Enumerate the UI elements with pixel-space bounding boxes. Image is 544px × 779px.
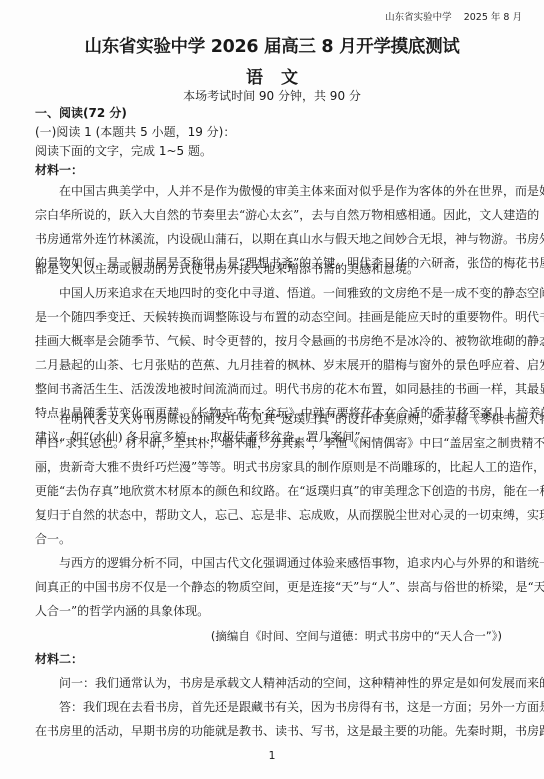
- material2-line: 答：我们现在去看书房，首先还是跟藏书有关，因为书房得有书，这是一方面；另外一方面…: [59, 700, 505, 714]
- material1-label: 材料一：: [35, 163, 83, 177]
- page-number: 1: [0, 749, 544, 762]
- subject-title: 语文: [0, 63, 544, 88]
- material1-line: 更能“去伪存真”地欣赏木材原本的颜色和纹路。在“返璞归真”的审美理念下创造的书房…: [35, 484, 505, 498]
- material1-line: 丽，贵新奇大雅不贵纤巧烂漫”等等。明式书房家具的制作原则是不尚雕琢的，比起人工的…: [35, 460, 505, 474]
- material2-line: 问一：我们通常认为，书房是承载文人精神活动的空间，这种精神性的界定是如何发展而来…: [59, 676, 544, 690]
- material1-line: 人合一”的哲学内涵的具象体现。: [35, 604, 209, 618]
- material1-line: 在明代各文人对书房陈设的阐发中可见其“返璞归真”的设计审美原则，如李翰《琴棋书画…: [59, 412, 505, 426]
- header-date: 2025 年 8 月: [464, 12, 522, 23]
- material1-line: 都是文人以主动或被动的方式使书房外接天地来增添书斋的美感和意境。: [35, 262, 419, 276]
- material1-line: 复归于自然的状态中，帮助文人，忘己、忘是非、忘成败，从而摆脱尘世对心灵的一切束缚…: [35, 508, 505, 522]
- material1-line: 二月悬起的山茶、七月张贴的芭蕉、九月挂着的枫林、岁末展开的腊梅与窗外的景色呼应着…: [35, 358, 505, 372]
- exam-page: 山东省实验中学 2025 年 8 月 山东省实验中学 2026 届高三 8 月开…: [0, 0, 544, 779]
- material2-label: 材料二：: [35, 652, 83, 666]
- exam-info: 本场考试时间 90 分钟，共 90 分: [0, 87, 544, 104]
- material1-line: 整间书斋活生生、活泼泼地被时间流淌而过。明代书房的花木布置，如同悬挂的书画一样，…: [35, 382, 505, 396]
- instruction: 阅读下面的文字，完成 1~5 题。: [35, 144, 212, 158]
- material1-line: 宗白华所说的，跃入大自然的节奏里去“游心太玄”，去与自然万物相感相通。因此，文人…: [35, 208, 505, 222]
- material1-line: 书房通常外连竹林溪流，内设砚山蒲石，以期在真山水与假天地之间妙合无垠，神与物游。…: [35, 232, 505, 246]
- material1-line: 是一个随四季变迁、天候转换而调整陈设与布置的动态空间。挂画是能应天时的重要物件。…: [35, 310, 505, 324]
- material1-line: 与西方的逻辑分析不同，中国古代文化强调通过体验来感悟事物，追求内心与外界的和谐统…: [59, 556, 505, 570]
- material1-source: (摘编自《时间、空间与道德：明式书房中的“天人合一”》): [211, 628, 502, 644]
- material1-line: 合一。: [35, 532, 71, 546]
- section-heading: 一、阅读(72 分): [35, 106, 127, 120]
- material1-line: 中曰“求其志也。材不斫，全其朴；墙不雕，分其素”，李渔《闲情偶寄》中曰“盖居室之…: [35, 436, 505, 450]
- material1-line: 挂画大概率是会随季节、气候、时令更替的，按月令悬画的书房绝不是冰冷的、被物欲堆砌…: [35, 334, 505, 348]
- material1-line: 中国人历来追求在天地四时的变化中寻道、悟道。一间雅致的文房绝不是一成不变的静态空…: [59, 286, 505, 300]
- material1-line: 在中国古典美学中，人并不是作为傲慢的审美主体来面对似乎是作为客体的外在世界，而是…: [59, 184, 505, 198]
- sub-heading: (一)阅读 1 (本题共 5 小题，19 分)：: [35, 125, 235, 139]
- material1-line: 间真正的中国书房不仅是一个静态的物质空间，更是连接“天”与“人”、崇高与俗世的桥…: [35, 580, 505, 594]
- header-school: 山东省实验中学: [385, 12, 452, 23]
- page-header: 山东省实验中学 2025 年 8 月: [385, 9, 522, 23]
- exam-title: 山东省实验中学 2026 届高三 8 月开学摸底测试: [0, 33, 544, 58]
- material2-line: 在书房里的活动，早期书房的功能就是教书、读书、写书，这是最主要的功能。先秦时期，…: [35, 724, 505, 738]
